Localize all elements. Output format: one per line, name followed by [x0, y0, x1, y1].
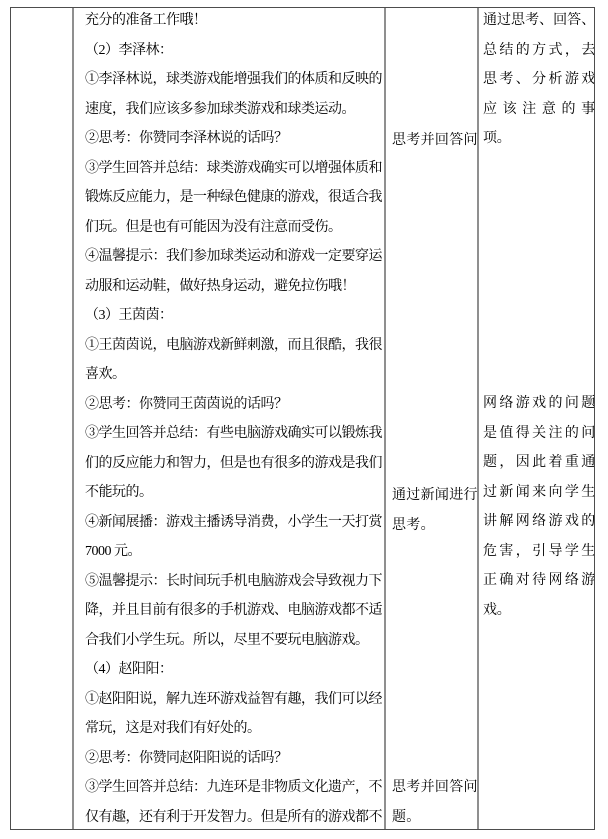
- text-line: ④新闻展播：游戏主播诱导消费，小学生一天打赏: [85, 508, 381, 538]
- document-page: { "page": { "background": "#ffffff", "ta…: [0, 0, 608, 839]
- teaching-steps-column: 充分的准备工作哦！（2）李泽林：①李泽林说，球类游戏能增强我们的体质和反映的速度…: [85, 8, 381, 829]
- text-line: ④温馨提示：我们参加球类运动和游戏一定要穿运: [85, 242, 381, 272]
- text-line: 思考、分析游戏: [483, 65, 595, 95]
- text-line: 思考并回答问: [392, 773, 480, 803]
- text-line: 锻炼反应能力，是一种绿色健康的游戏，很适合我: [85, 183, 381, 213]
- text-line: 危害，引导学生: [483, 537, 595, 567]
- text-line: 是值得关注的问: [483, 419, 595, 449]
- text-line: 7000 元。: [85, 537, 381, 567]
- text-line: （4）赵阳阳：: [85, 655, 381, 685]
- text-line: 应该注意的事: [483, 95, 595, 125]
- text-line: ①赵阳阳说，解九连环游戏益智有趣，我们可以经: [85, 685, 381, 715]
- text-line: ①李泽林说，球类游戏能增强我们的体质和反映的: [85, 65, 381, 95]
- text-line: 讲解网络游戏的: [483, 507, 595, 537]
- text-line: 常玩，这是对我们有好处的。: [85, 714, 381, 744]
- text-line: ③学生回答并总结：九连环是非物质文化遗产，不: [85, 773, 381, 803]
- text-line: （2）李泽林：: [85, 36, 381, 66]
- text-block: 通过思考、回答、总结的方式，去思考、分析游戏应该注意的事项。: [483, 7, 595, 154]
- text-line: 项。: [483, 124, 595, 154]
- text-block: 充分的准备工作哦！（2）李泽林：①李泽林说，球类游戏能增强我们的体质和反映的速度…: [85, 7, 381, 830]
- text-line: 们玩。但是也有可能因为没有注意而受伤。: [85, 213, 381, 243]
- text-line: 过新闻来向学生: [483, 478, 595, 508]
- lesson-plan-table: 充分的准备工作哦！（2）李泽林：①李泽林说，球类游戏能增强我们的体质和反映的速度…: [10, 7, 595, 830]
- column-divider-1: [72, 8, 74, 829]
- text-block: 网络游戏的问题是值得关注的问题，因此着重通过新闻来向学生讲解网络游戏的危害，引导…: [483, 389, 595, 625]
- text-line: 题，因此着重通: [483, 448, 595, 478]
- text-line: 思考并回答问: [392, 126, 480, 156]
- text-line: 降，并且目前有很多的手机游戏、电脑游戏都不适: [85, 596, 381, 626]
- text-line: ②思考：你赞同赵阳阳说的话吗？: [85, 744, 381, 774]
- text-line: 速度，我们应该多参加球类游戏和球类运动。: [85, 95, 381, 125]
- text-line: 题。: [392, 803, 480, 831]
- design-intent-column: 通过思考、回答、总结的方式，去思考、分析游戏应该注意的事项。网络游戏的问题是值得…: [483, 8, 595, 829]
- text-line: 思考。: [392, 511, 480, 541]
- text-line: 动服和运动鞋，做好热身运动，避免拉伤哦！: [85, 272, 381, 302]
- text-line: ⑤温馨提示：长时间玩手机电脑游戏会导致视力下: [85, 567, 381, 597]
- text-line: ③学生回答并总结：有些电脑游戏确实可以锻炼我: [85, 419, 381, 449]
- text-line: （3）王茵茵：: [85, 301, 381, 331]
- text-line: 通过思考、回答、: [483, 7, 595, 36]
- text-line: 合我们小学生玩。所以，尽里不要玩电脑游戏。: [85, 626, 381, 656]
- text-line: 喜欢。: [85, 360, 381, 390]
- text-line: 仅有趣，还有利于开发智力。但是所有的游戏都不: [85, 803, 381, 831]
- text-line: 们的反应能力和智力，但是也有很多的游戏是我们: [85, 449, 381, 479]
- text-line: ③学生回答并总结：球类游戏确实可以增强体质和: [85, 154, 381, 184]
- text-line: ②思考：你赞同李泽林说的话吗？: [85, 124, 381, 154]
- text-line: 总结的方式，去: [483, 36, 595, 66]
- text-line: 充分的准备工作哦！: [85, 7, 381, 36]
- text-line: ②思考：你赞同王茵茵说的话吗？: [85, 390, 381, 420]
- text-line: 不能玩的。: [85, 478, 381, 508]
- text-block: 思考并回答问题。: [392, 773, 480, 830]
- text-line: 戏。: [483, 596, 595, 626]
- text-line: 网络游戏的问题: [483, 389, 595, 419]
- column-divider-2: [384, 8, 386, 829]
- text-line: 通过新闻进行: [392, 481, 480, 511]
- text-line: 正确对待网络游: [483, 566, 595, 596]
- student-activity-column: 思考并回答问通过新闻进行思考。思考并回答问题。: [392, 8, 480, 829]
- text-line: ①王茵茵说，电脑游戏新鲜刺激，而且很酷，我很: [85, 331, 381, 361]
- text-block: 通过新闻进行思考。: [392, 481, 480, 540]
- text-block: 思考并回答问: [392, 126, 480, 156]
